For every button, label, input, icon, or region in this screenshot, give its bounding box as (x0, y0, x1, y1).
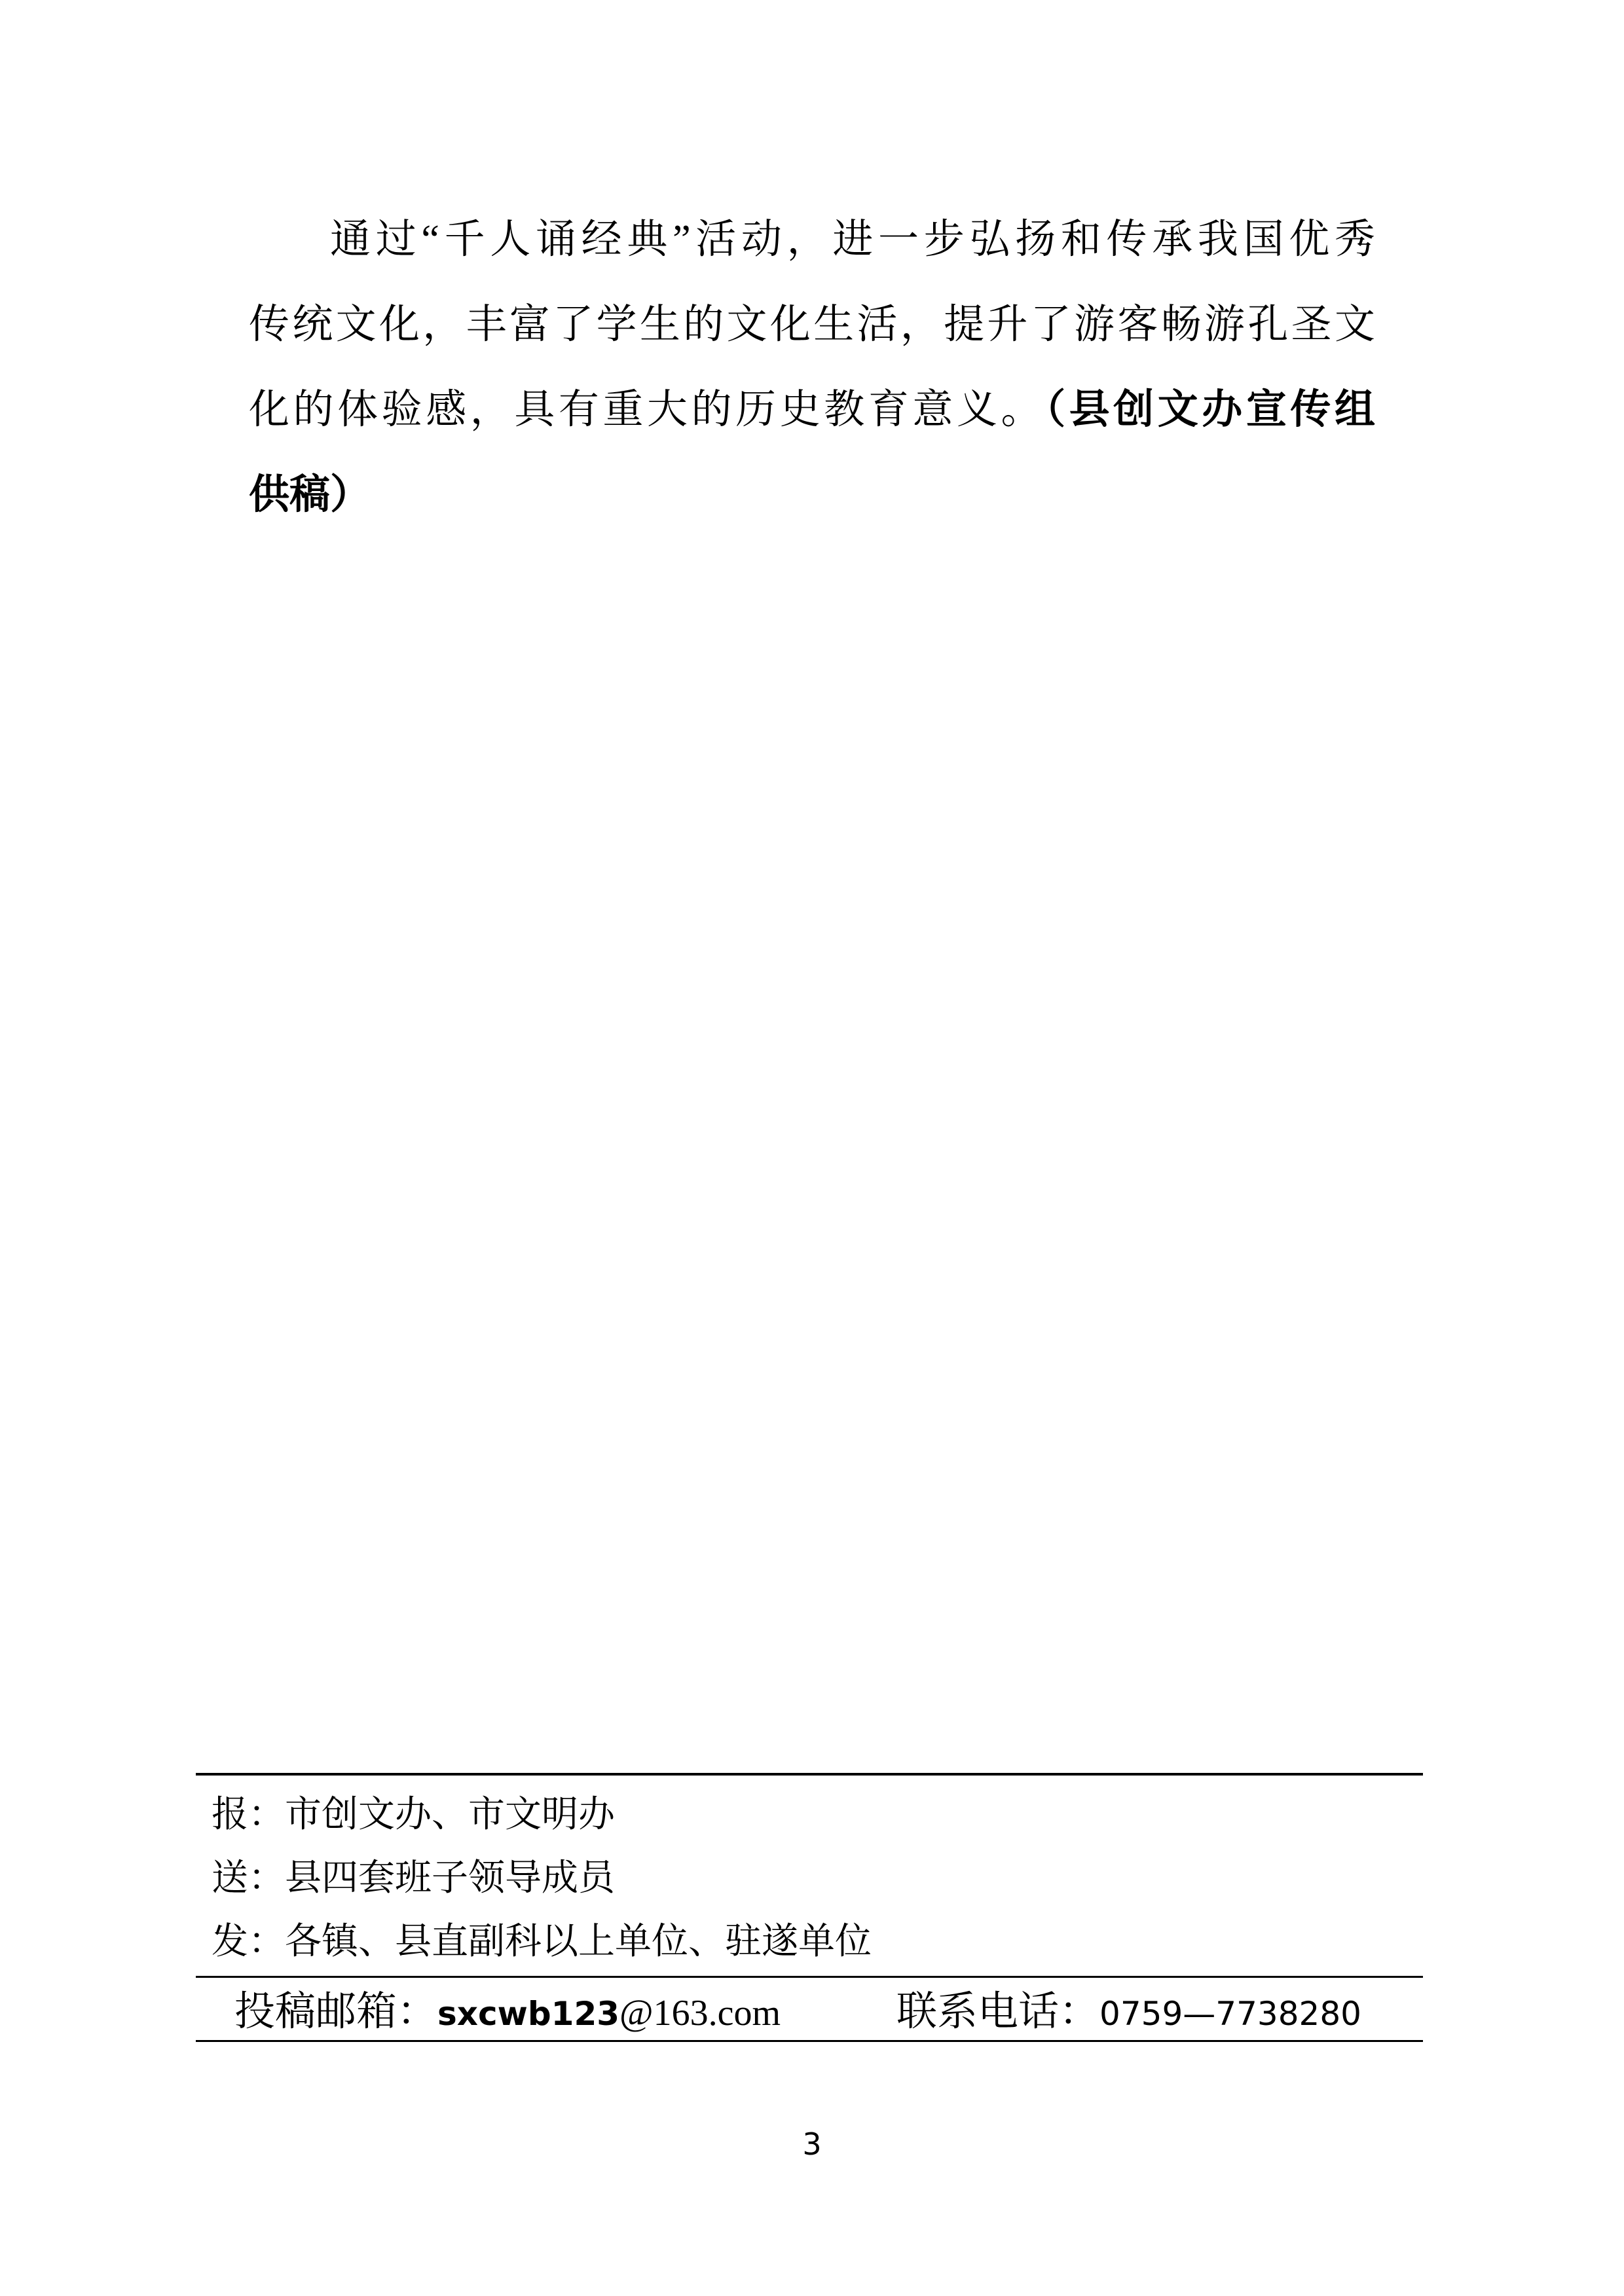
paragraph-line-2: 传统文化，丰富了学生的文化生活，提升了游客畅游孔圣文 (249, 282, 1375, 367)
document-page: 通过“千人诵经典”活动，进一步弘扬和传承我国优秀 传统文化，丰富了学生的文化生活… (0, 0, 1624, 2296)
paragraph-line-1-text: 通过“千人诵经典”活动，进一步弘扬和传承我国优秀 (330, 217, 1375, 262)
phone-number: 0759—7738280 (1099, 1994, 1361, 2034)
email-label: 投稿邮箱： (234, 1992, 437, 2032)
distribution-report-line: 报：市创文办、市文明办 (212, 1783, 872, 1847)
body-paragraph: 通过“千人诵经典”活动，进一步弘扬和传承我国优秀 传统文化，丰富了学生的文化生活… (249, 197, 1375, 538)
phone-label: 联系电话： (896, 1992, 1099, 2032)
separator-rule-middle (196, 1976, 1423, 1978)
paragraph-line-4-attribution: 供稿） (249, 473, 371, 517)
paragraph-line-4: 供稿） (249, 452, 1375, 538)
distribution-block: 报：市创文办、市文明办 送：县四套班子领导成员 发：各镇、县直副科以上单位、驻遂… (212, 1783, 872, 1974)
separator-rule-top (196, 1773, 1423, 1776)
separator-rule-bottom (196, 2040, 1423, 2042)
paragraph-line-3-regular: 化的体验感，具有重大的历史教育意义。 (249, 388, 1045, 432)
page-number: 3 (0, 2129, 1624, 2159)
distribution-issue-line: 发：各镇、县直副科以上单位、驻遂单位 (212, 1910, 872, 1974)
paragraph-line-1: 通过“千人诵经典”活动，进一步弘扬和传承我国优秀 (249, 197, 1375, 282)
email-domain: @163.com (619, 1993, 781, 2033)
paragraph-line-3: 化的体验感，具有重大的历史教育意义。（县创文办宣传组 (249, 367, 1375, 452)
email-user: sxcwb123 (437, 1994, 619, 2034)
paragraph-line-2-text: 传统文化，丰富了学生的文化生活，提升了游客畅游孔圣文 (249, 302, 1375, 347)
distribution-send-line: 送：县四套班子领导成员 (212, 1847, 872, 1910)
paragraph-line-3-attribution: （县创文办宣传组 (1045, 388, 1375, 432)
contact-row: 投稿邮箱：sxcwb123@163.com联系电话：0759—7738280 (234, 1992, 1423, 2034)
